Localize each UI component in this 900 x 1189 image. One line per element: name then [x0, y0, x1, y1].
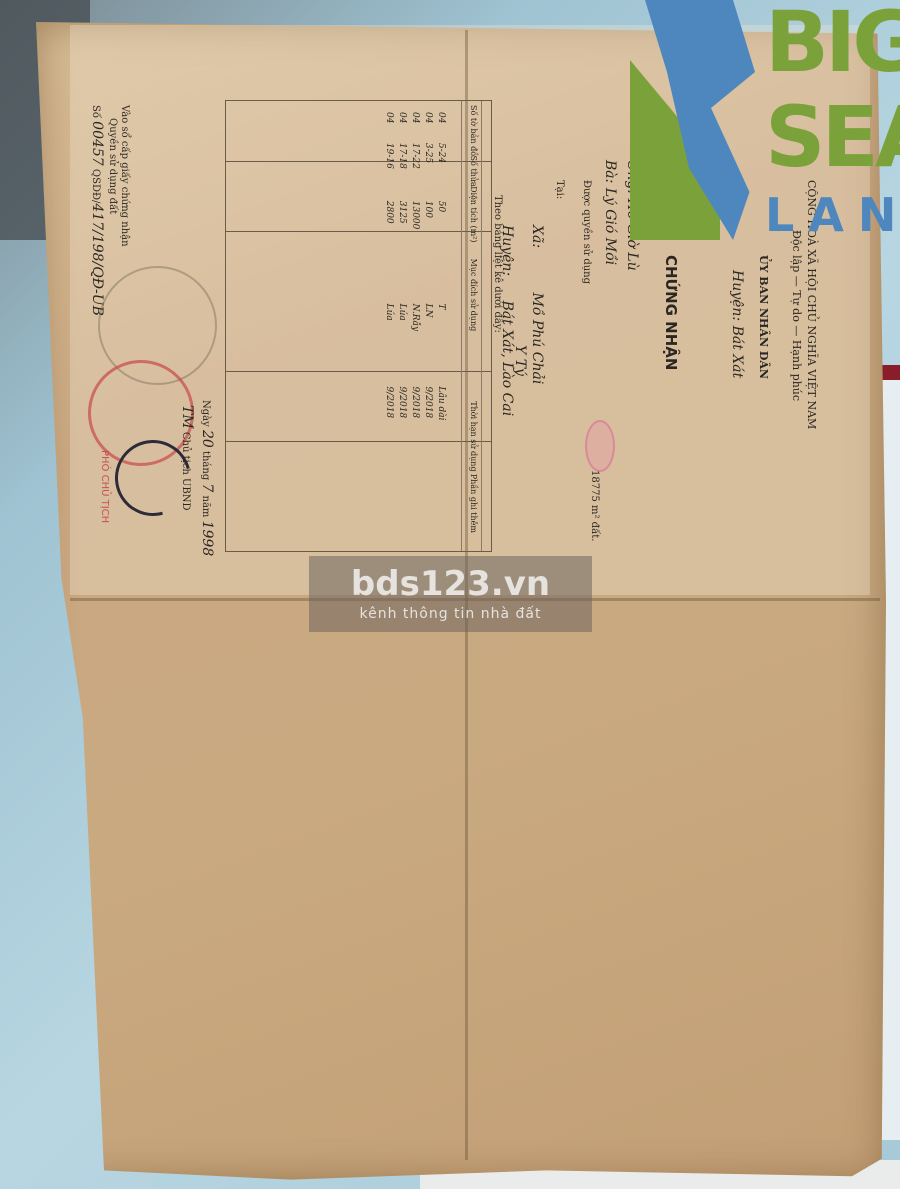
table-row: 04 17-18 3125 Lúa 9/2018 [397, 112, 407, 418]
holder-line-2: Bà: Lý Gió Mồi [602, 160, 618, 265]
area-unit: m² đất. [589, 505, 600, 541]
motto: Độc lập — Tự do — Hạnh phúc [790, 230, 803, 401]
commune-value: Mồ Phú Chải [529, 292, 545, 384]
holder2-label: Bà: [602, 160, 618, 183]
table-row: 04 5-24 50 T Lâu dài [436, 112, 446, 421]
district: Huyện: Bát Xát [729, 270, 745, 378]
logo-line-3: LAND [765, 192, 900, 238]
bds123-watermark: bds123.vn kênh thông tin nhà đất [309, 556, 592, 632]
commune: Xã: Mồ Phú Chải [529, 225, 545, 384]
commune-label: Xã: [529, 225, 545, 248]
area-value: 18775 [589, 470, 600, 502]
holder2-value: Lý Gió Mồi [602, 188, 618, 265]
logo-line-1: BIG [765, 0, 900, 84]
logo-line-2: SEA [765, 95, 900, 179]
signature-role: TM Chủ tịch UBND [179, 405, 195, 511]
table-row: 04 3-25 100 LN 9/2018 [423, 112, 433, 418]
table-header-row: Số tờ bản đồ Số thửa Diện tích (m²) Mục … [469, 105, 478, 533]
small-red-stamp [585, 420, 615, 472]
table-row: 04 19-16 2800 Lúa 9/2018 [384, 112, 394, 418]
district-label: Huyện: [729, 270, 745, 321]
land-parcel-table [225, 100, 492, 552]
issuer: ỦY BAN NHÂN DÂN [757, 255, 770, 379]
stamp-title: PHÓ CHỦ TỊCH [99, 450, 110, 523]
registry-line-1: Vào sổ cấp giấy chứng nhận [119, 105, 130, 247]
table-row: 04 17-22 13000 N.Rẫy 9/2018 [410, 112, 420, 418]
table-intro: Theo bảng liệt kê dưới đây: [492, 195, 503, 333]
registry-line-2: Quyền sử dụng đất [107, 118, 118, 214]
big-sea-land-logo: BIG SEA LAND [630, 0, 900, 245]
signature-date: Ngày 20 tháng 7 năm 1998 [199, 400, 215, 556]
area: 18775 m² đất. [589, 470, 600, 541]
watermark-domain: bds123.vn [309, 562, 592, 606]
district-value: Bát Xát [729, 326, 745, 379]
registry-line-3: Số 00457 QSDĐ/417/198/QĐ-UB [89, 105, 105, 316]
location-label: Tại: [554, 180, 565, 199]
document-title: CHỨNG NHẬN [662, 255, 680, 370]
use-right-label: Được quyền sử dụng [581, 180, 592, 284]
watermark-tagline: kênh thông tin nhà đất [309, 606, 592, 622]
